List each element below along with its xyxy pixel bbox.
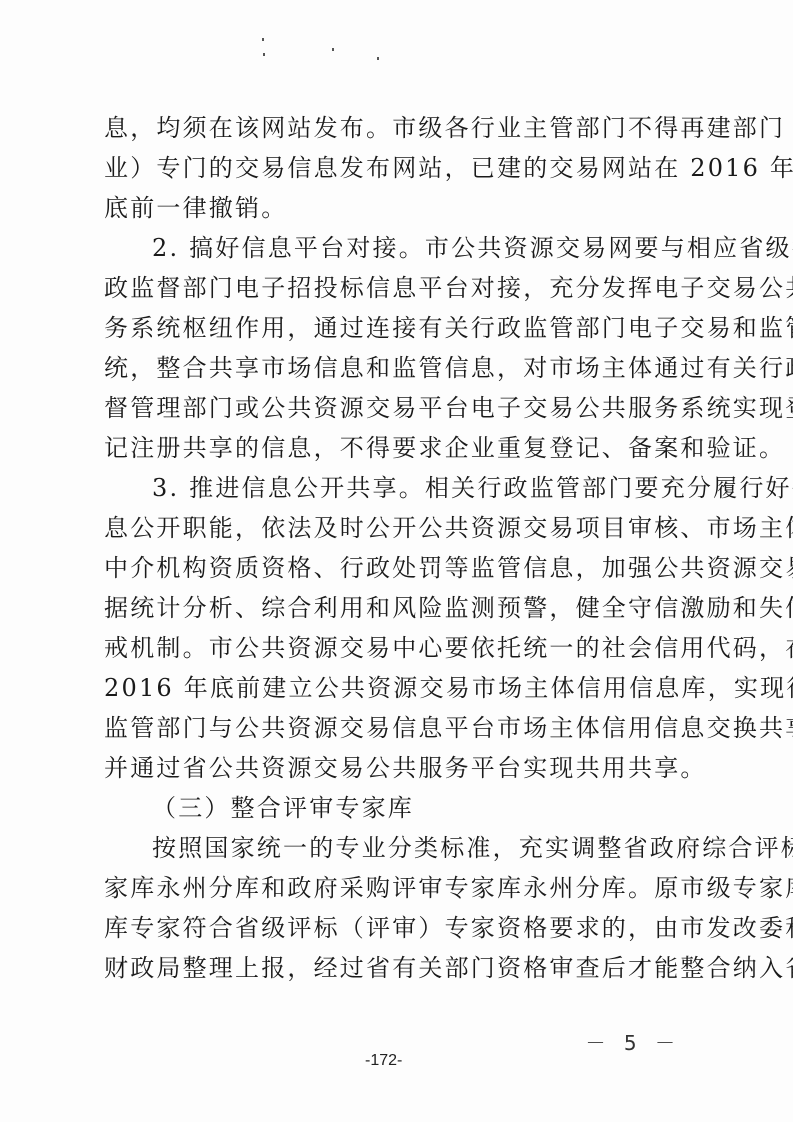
text-line: 息公开职能，依法及时公开公共资源交易项目审核、市场主体和 (104, 508, 686, 548)
text-line: 底前一律撤销。 (104, 188, 686, 228)
text-line: 并通过省公共资源交易公共服务平台实现共用共享。 (104, 748, 686, 788)
text-line: 家库永州分库和政府采购评审专家库永州分库。原市级专家库在 (104, 868, 686, 908)
scan-speck (262, 38, 264, 41)
page-number: － 5 － (586, 1027, 681, 1056)
text-line: 息，均须在该网站发布。市级各行业主管部门不得再建部门（行 (104, 108, 686, 148)
text-line: （三）整合评审专家库 (152, 788, 686, 828)
text-line: 中介机构资质资格、行政处罚等监管信息，加强公共资源交易数 (104, 548, 686, 588)
text-line: 3. 推进信息公开共享。相关行政监管部门要充分履行好信 (152, 468, 686, 508)
text-line: 统，整合共享市场信息和监管信息，对市场主体通过有关行政监 (104, 348, 686, 388)
text-line: 戒机制。市公共资源交易中心要依托统一的社会信用代码，在 (104, 628, 686, 668)
scan-speck (263, 53, 265, 56)
text-line: 按照国家统一的专业分类标准，充实调整省政府综合评标专 (152, 828, 686, 868)
text-line: 政监督部门电子招投标信息平台对接，充分发挥电子交易公共服 (104, 268, 686, 308)
text-line: 记注册共享的信息，不得要求企业重复登记、备案和验证。 (104, 428, 686, 468)
text-line: 财政局整理上报，经过省有关部门资格审查后才能整合纳入省级 (104, 948, 686, 988)
scan-speck (332, 48, 334, 51)
document-page: 息，均须在该网站发布。市级各行业主管部门不得再建部门（行业）专门的交易信息发布网… (0, 0, 793, 1122)
text-line: 业）专门的交易信息发布网站，已建的交易网站在 2016 年 10 月 (104, 148, 686, 188)
text-line: 2016 年底前建立公共资源交易市场主体信用信息库，实现行政 (104, 668, 686, 708)
text-line: 2. 搞好信息平台对接。市公共资源交易网要与相应省级行 (152, 228, 686, 268)
text-line: 务系统枢纽作用，通过连接有关行政监管部门电子交易和监管系 (104, 308, 686, 348)
text-line: 据统计分析、综合利用和风险监测预警，健全守信激励和失信惩 (104, 588, 686, 628)
text-line: 督管理部门或公共资源交易平台电子交易公共服务系统实现登 (104, 388, 686, 428)
scan-speck (377, 57, 379, 60)
footer-page-number: -172- (365, 1052, 402, 1070)
text-line: 库专家符合省级评标（评审）专家资格要求的，由市发改委和市 (104, 908, 686, 948)
text-line: 监管部门与公共资源交易信息平台市场主体信用信息交换共享， (104, 708, 686, 748)
